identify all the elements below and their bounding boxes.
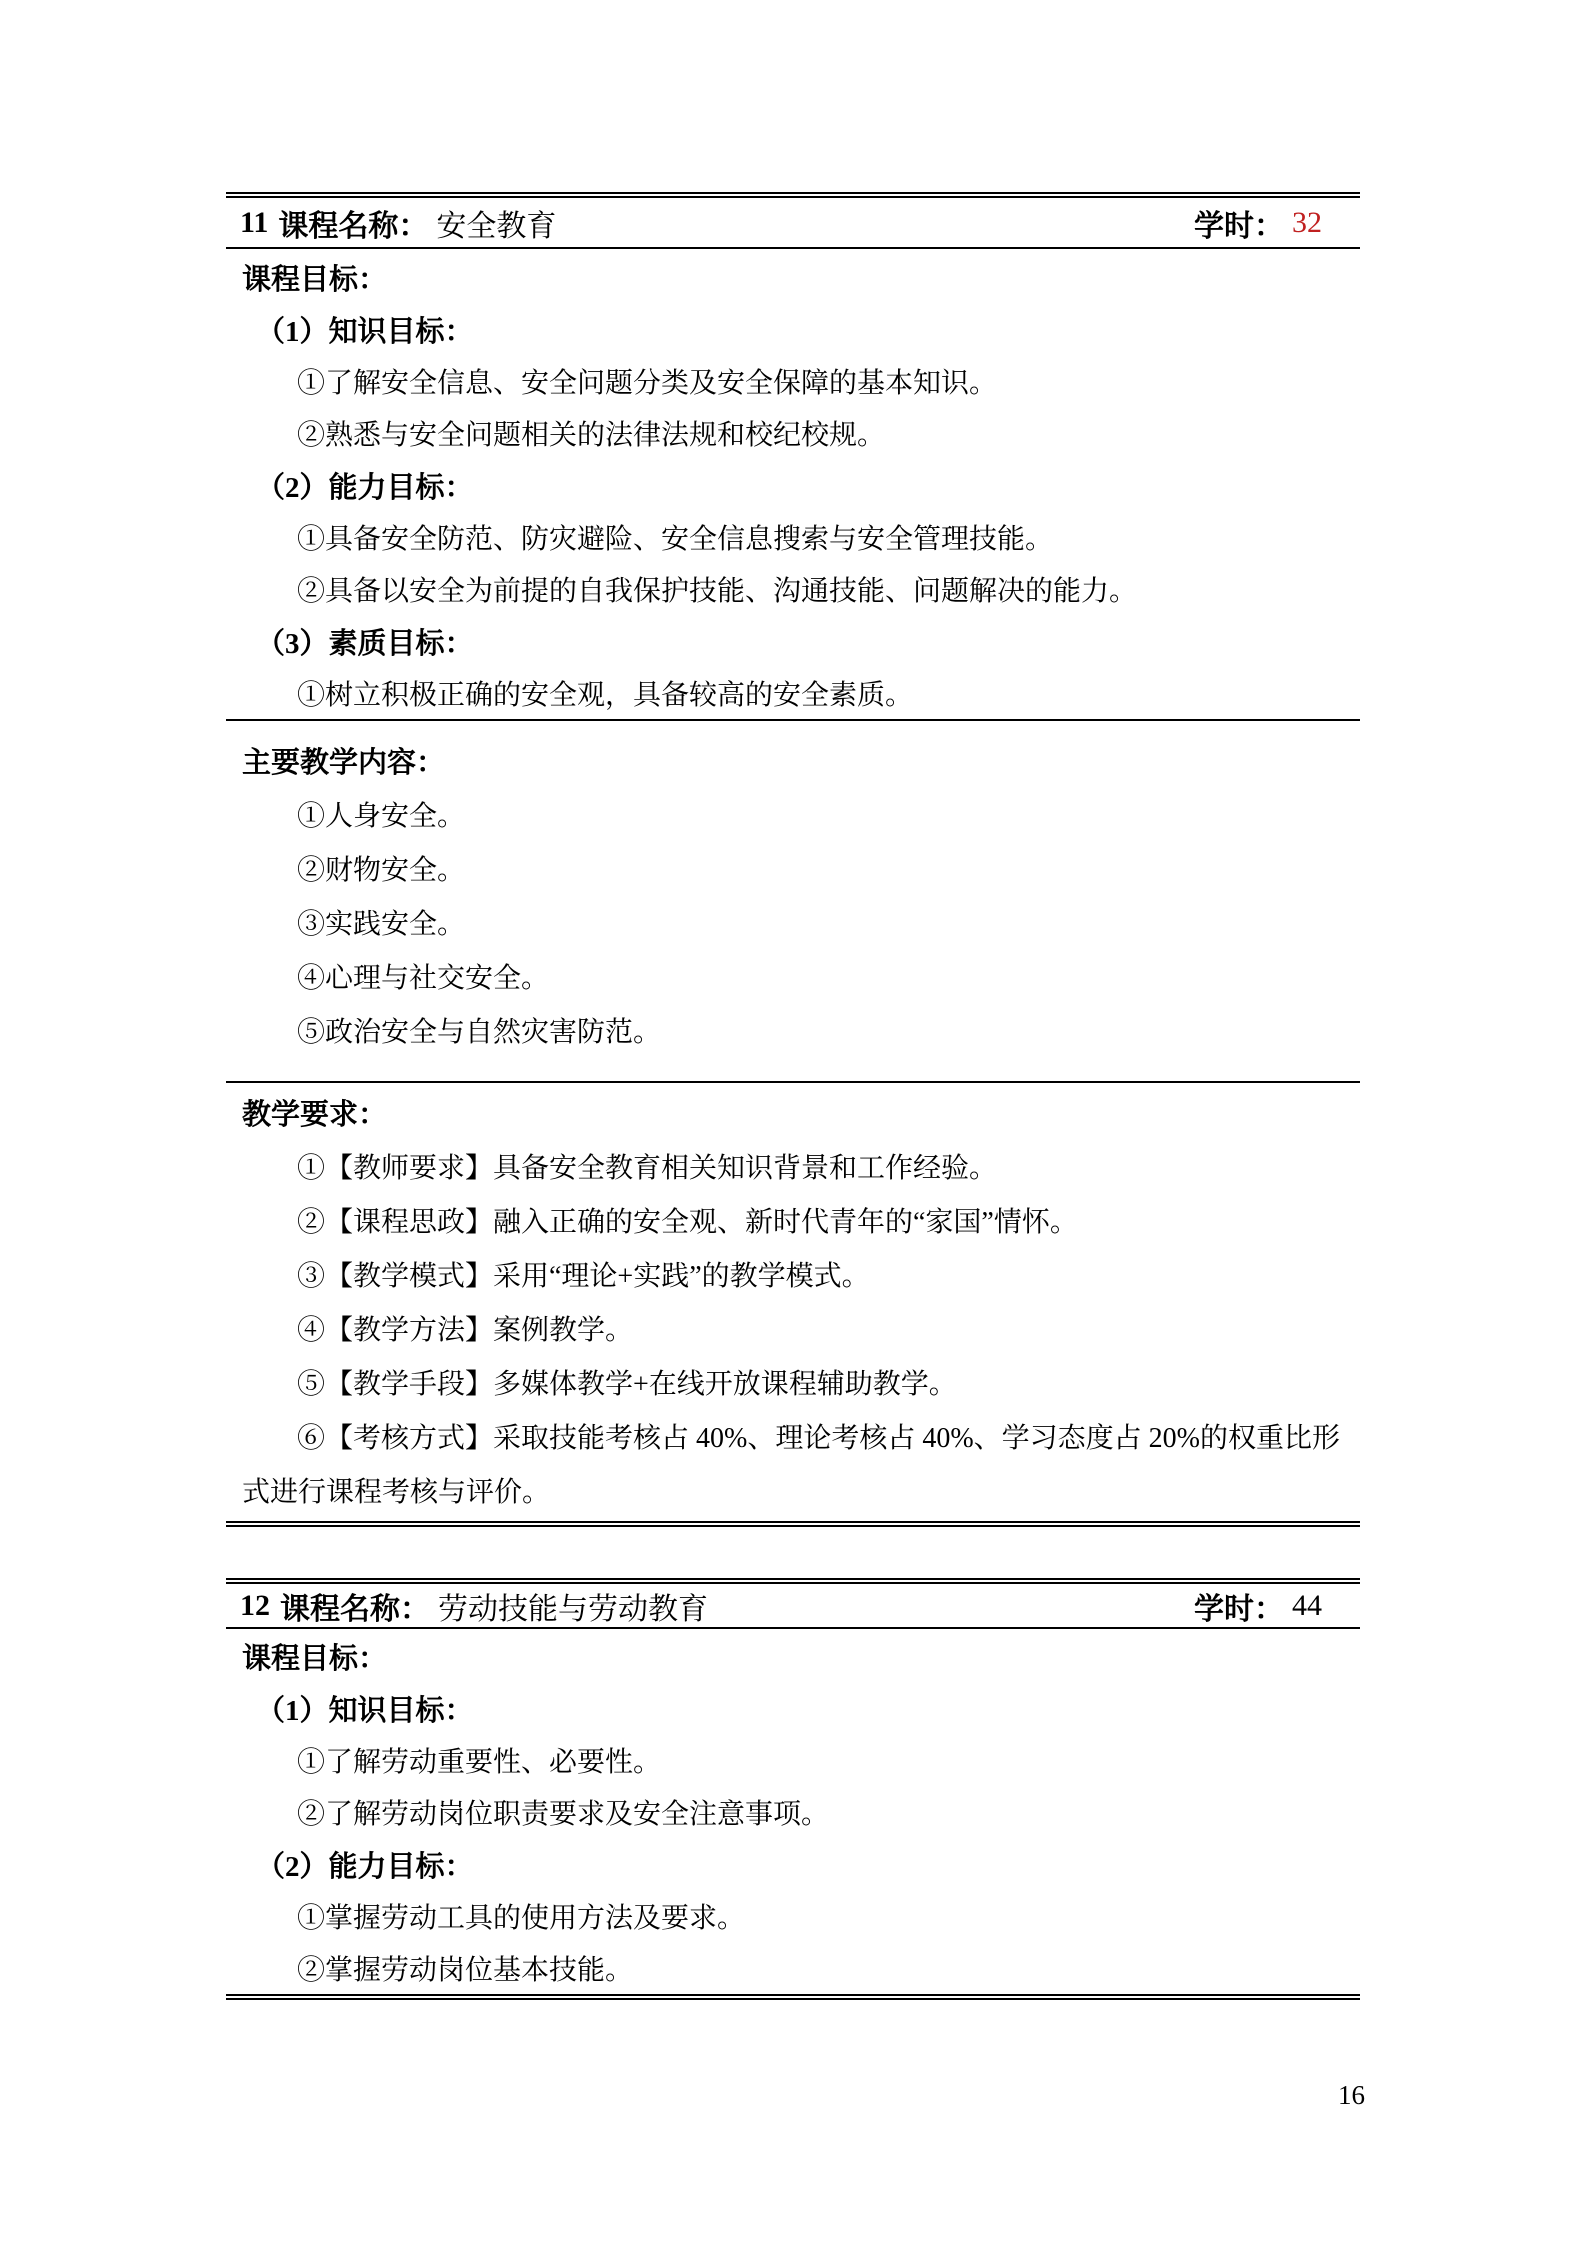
course-name-label: 课程名称： xyxy=(278,201,428,245)
course-11-header-row: 11 课程名称： 安全教育 学时： 32 xyxy=(226,198,1360,249)
course-number: 11 xyxy=(240,206,268,240)
course-name-label: 课程名称： xyxy=(280,1584,430,1628)
doc-line: （1）知识目标： xyxy=(226,1682,1360,1734)
doc-line: 式进行课程考核与评价。 xyxy=(226,1463,1360,1517)
doc-line: ④心理与社交安全。 xyxy=(226,949,1360,1003)
document-page: 11 课程名称： 安全教育 学时： 32 课程目标：（1）知识目标：①了解安全信… xyxy=(0,0,1587,2245)
course-11-teaching-requirements-section: 教学要求：①【教师要求】具备安全教育相关知识背景和工作经验。②【课程思政】融入正… xyxy=(226,1083,1360,1521)
course-name: 劳动技能与劳动教育 xyxy=(438,1584,708,1628)
hours-label: 学时： xyxy=(1194,1584,1284,1628)
course-12-objectives-section: 课程目标：（1）知识目标：①了解劳动重要性、必要性。②了解劳动岗位职责要求及安全… xyxy=(226,1629,1360,1994)
doc-line: ①树立积极正确的安全观，具备较高的安全素质。 xyxy=(226,667,1360,719)
doc-line: 教学要求： xyxy=(226,1085,1360,1139)
doc-line: （1）知识目标： xyxy=(226,303,1360,355)
doc-line: ③【教学模式】采用“理论+实践”的教学模式。 xyxy=(226,1247,1360,1301)
doc-line: ①掌握劳动工具的使用方法及要求。 xyxy=(226,1890,1360,1942)
course-11-objectives-section: 课程目标：（1）知识目标：①了解安全信息、安全问题分类及安全保障的基本知识。②熟… xyxy=(226,249,1360,721)
course-12-table: 12 课程名称： 劳动技能与劳动教育 学时： 44 课程目标：（1）知识目标：①… xyxy=(226,1578,1360,2000)
page-number: 16 xyxy=(1338,2080,1365,2111)
doc-line: （3）素质目标： xyxy=(226,615,1360,667)
doc-line: （2）能力目标： xyxy=(226,1838,1360,1890)
hours-value: 44 xyxy=(1292,1589,1322,1623)
doc-line: ⑤政治安全与自然灾害防范。 xyxy=(226,1003,1360,1057)
doc-line: ⑤【教学手段】多媒体教学+在线开放课程辅助教学。 xyxy=(226,1355,1360,1409)
course-11-hours: 学时： 32 xyxy=(1194,201,1322,245)
syllabus-content: 11 课程名称： 安全教育 学时： 32 课程目标：（1）知识目标：①了解安全信… xyxy=(226,192,1360,2000)
doc-line: ①【教师要求】具备安全教育相关知识背景和工作经验。 xyxy=(226,1139,1360,1193)
doc-line: 课程目标： xyxy=(226,1630,1360,1682)
doc-line: ②熟悉与安全问题相关的法律法规和校纪校规。 xyxy=(226,407,1360,459)
hours-value: 32 xyxy=(1292,206,1322,240)
course-11-teaching-content-section: 主要教学内容：①人身安全。②财物安全。③实践安全。④心理与社交安全。⑤政治安全与… xyxy=(226,721,1360,1083)
doc-line: ②财物安全。 xyxy=(226,841,1360,895)
doc-line: 主要教学内容： xyxy=(226,733,1360,787)
doc-line: ①人身安全。 xyxy=(226,787,1360,841)
course-12-header-row: 12 课程名称： 劳动技能与劳动教育 学时： 44 xyxy=(226,1584,1360,1629)
course-12-title: 12 课程名称： 劳动技能与劳动教育 xyxy=(240,1584,708,1628)
doc-line: ①了解安全信息、安全问题分类及安全保障的基本知识。 xyxy=(226,355,1360,407)
hours-label: 学时： xyxy=(1194,201,1284,245)
course-name: 安全教育 xyxy=(436,201,556,245)
course-11-table: 11 课程名称： 安全教育 学时： 32 课程目标：（1）知识目标：①了解安全信… xyxy=(226,192,1360,1527)
doc-line: 课程目标： xyxy=(226,251,1360,303)
doc-line: ②具备以安全为前提的自我保护技能、沟通技能、问题解决的能力。 xyxy=(226,563,1360,615)
course-12-hours: 学时： 44 xyxy=(1194,1584,1322,1628)
doc-line: ①具备安全防范、防灾避险、安全信息搜索与安全管理技能。 xyxy=(226,511,1360,563)
doc-line: ②掌握劳动岗位基本技能。 xyxy=(226,1942,1360,1994)
course-number: 12 xyxy=(240,1589,270,1623)
doc-line: （2）能力目标： xyxy=(226,459,1360,511)
doc-line: ①了解劳动重要性、必要性。 xyxy=(226,1734,1360,1786)
doc-line: ②了解劳动岗位职责要求及安全注意事项。 xyxy=(226,1786,1360,1838)
course-11-title: 11 课程名称： 安全教育 xyxy=(240,201,556,245)
doc-line: ⑥【考核方式】采取技能考核占 40%、理论考核占 40%、学习态度占 20%的权… xyxy=(226,1409,1360,1463)
doc-line: ④【教学方法】案例教学。 xyxy=(226,1301,1360,1355)
doc-line: ②【课程思政】融入正确的安全观、新时代青年的“家国”情怀。 xyxy=(226,1193,1360,1247)
doc-line: ③实践安全。 xyxy=(226,895,1360,949)
